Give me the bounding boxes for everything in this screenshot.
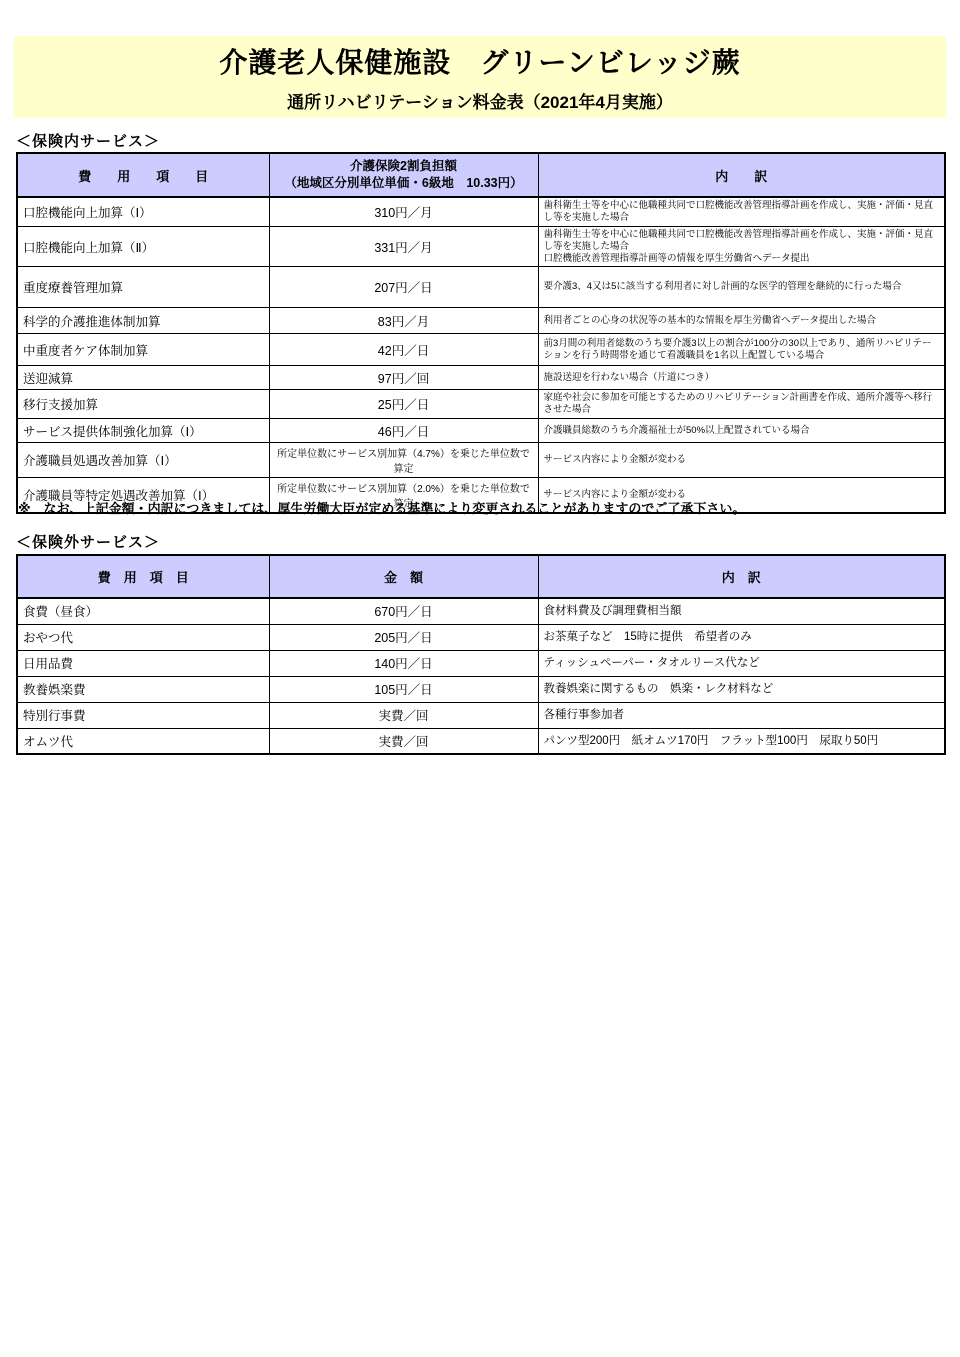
col-header-detail: 内 訳 [538,153,945,197]
fee-detail: サービス内容により金額が変わる [538,443,945,478]
change-disclaimer-note: ※ なお、上記金額・内訳につきましては、厚生労働大臣が定める基準により変更される… [18,498,745,517]
col-header-amount: 介護保険2割負担額 （地域区分別単位単価・6級地 10.33円） [269,153,538,197]
fee-detail: 教養娯楽に関するもの 娯楽・レク材料など [538,676,945,702]
insurance-section-heading: ＜保険内サービス＞ [16,130,160,151]
fee-amount: 310円／月 [269,197,538,226]
fee-amount: 実費／回 [269,702,538,728]
fee-amount: 207円／日 [269,267,538,308]
fee-amount: 所定単位数にサービス別加算（4.7%）を乗じた単位数で算定 [269,443,538,478]
fee-item: 食費（昼食） [17,598,269,624]
fee-item: 移行支援加算 [17,390,269,419]
fee-detail: 介護職員総数のうち介護福祉士が50%以上配置されている場合 [538,419,945,443]
fee-detail: 要介護3、4又は5に該当する利用者に対し計画的な医学的管理を継続的に行った場合 [538,267,945,308]
table-header-row: 費 用 項 目 介護保険2割負担額 （地域区分別単位単価・6級地 10.33円）… [17,153,945,197]
table-row: オムツ代 実費／回 パンツ型200円 紙オムツ170円 フラット型100円 尿取… [17,728,945,754]
fee-item: 科学的介護推進体制加算 [17,308,269,334]
fee-item: 重度療養管理加算 [17,267,269,308]
fee-item: 口腔機能向上加算（Ⅱ） [17,226,269,267]
fee-amount: 25円／日 [269,390,538,419]
table-row: 科学的介護推進体制加算 83円／月 利用者ごとの心身の状況等の基本的な情報を厚生… [17,308,945,334]
fee-item: 中重度者ケア体制加算 [17,334,269,366]
fee-item: 教養娯楽費 [17,676,269,702]
table-row: 移行支援加算 25円／日 家庭や社会に参加を可能とするためのリハビリテーション計… [17,390,945,419]
col-header-item: 費 用 項 目 [17,153,269,197]
table-row: おやつ代 205円／日 お茶菓子など 15時に提供 希望者のみ [17,624,945,650]
table-row: 中重度者ケア体制加算 42円／日 前3月間の利用者総数のうち要介護3以上の割合が… [17,334,945,366]
fee-amount: 実費／回 [269,728,538,754]
fee-detail: 各種行事参加者 [538,702,945,728]
col-header-detail: 内 訳 [538,555,945,598]
non-insurance-fee-table: 費 用 項 目 金 額 内 訳 食費（昼食） 670円／日 食材料費及び調理費相… [16,554,946,755]
fee-detail: 歯科衛生士等を中心に他職種共同で口腔機能改善管理指導計画を作成し、実施・評価・見… [538,197,945,226]
document-subtitle: 通所リハビリテーション料金表（2021年4月実施） [287,88,673,113]
fee-item: サービス提供体制強化加算（Ⅰ） [17,419,269,443]
table-row: 教養娯楽費 105円／日 教養娯楽に関するもの 娯楽・レク材料など [17,676,945,702]
table-row: 送迎減算 97円／回 施設送迎を行わない場合（片道につき） [17,366,945,390]
title-banner: 介護老人保健施設 グリーンビレッジ蕨 通所リハビリテーション料金表（2021年4… [14,36,946,118]
table-header-row: 費 用 項 目 金 額 内 訳 [17,555,945,598]
fee-detail: 利用者ごとの心身の状況等の基本的な情報を厚生労働省へデータ提出した場合 [538,308,945,334]
fee-detail: 食材料費及び調理費相当額 [538,598,945,624]
fee-amount: 205円／日 [269,624,538,650]
table-row: 口腔機能向上加算（Ⅰ） 310円／月 歯科衛生士等を中心に他職種共同で口腔機能改… [17,197,945,226]
fee-item: おやつ代 [17,624,269,650]
col-header-item: 費 用 項 目 [17,555,269,598]
facility-title: 介護老人保健施設 グリーンビレッジ蕨 [219,41,740,81]
col-header-amount: 金 額 [269,555,538,598]
fee-amount: 105円／日 [269,676,538,702]
fee-item: オムツ代 [17,728,269,754]
table-row: 介護職員処遇改善加算（Ⅰ） 所定単位数にサービス別加算（4.7%）を乗じた単位数… [17,443,945,478]
fee-amount: 46円／日 [269,419,538,443]
table-row: 重度療養管理加算 207円／日 要介護3、4又は5に該当する利用者に対し計画的な… [17,267,945,308]
fee-amount: 140円／日 [269,650,538,676]
insurance-fee-table: 費 用 項 目 介護保険2割負担額 （地域区分別単位単価・6級地 10.33円）… [16,152,946,514]
fee-amount: 97円／回 [269,366,538,390]
fee-detail: 歯科衛生士等を中心に他職種共同で口腔機能改善管理指導計画を作成し、実施・評価・見… [538,226,945,267]
table-row: サービス提供体制強化加算（Ⅰ） 46円／日 介護職員総数のうち介護福祉士が50%… [17,419,945,443]
fee-detail: ティッシュペーパー・タオルリース代など [538,650,945,676]
fee-item: 日用品費 [17,650,269,676]
table-row: 特別行事費 実費／回 各種行事参加者 [17,702,945,728]
fee-item: 口腔機能向上加算（Ⅰ） [17,197,269,226]
fee-amount: 670円／日 [269,598,538,624]
fee-document-page: 介護老人保健施設 グリーンビレッジ蕨 通所リハビリテーション料金表（2021年4… [0,0,960,1357]
fee-amount: 83円／月 [269,308,538,334]
fee-detail: 施設送迎を行わない場合（片道につき） [538,366,945,390]
table-row: 食費（昼食） 670円／日 食材料費及び調理費相当額 [17,598,945,624]
table-row: 口腔機能向上加算（Ⅱ） 331円／月 歯科衛生士等を中心に他職種共同で口腔機能改… [17,226,945,267]
table-row: 日用品費 140円／日 ティッシュペーパー・タオルリース代など [17,650,945,676]
fee-item: 介護職員処遇改善加算（Ⅰ） [17,443,269,478]
fee-amount: 42円／日 [269,334,538,366]
non-insurance-section-heading: ＜保険外サービス＞ [16,531,160,552]
fee-detail: 家庭や社会に参加を可能とするためのリハビリテーション計画書を作成、通所介護等へ移… [538,390,945,419]
fee-detail: パンツ型200円 紙オムツ170円 フラット型100円 尿取り50円 [538,728,945,754]
fee-amount: 331円／月 [269,226,538,267]
fee-detail: 前3月間の利用者総数のうち要介護3以上の割合が100分の30以上であり、通所リハ… [538,334,945,366]
fee-item: 送迎減算 [17,366,269,390]
fee-detail: お茶菓子など 15時に提供 希望者のみ [538,624,945,650]
fee-item: 特別行事費 [17,702,269,728]
